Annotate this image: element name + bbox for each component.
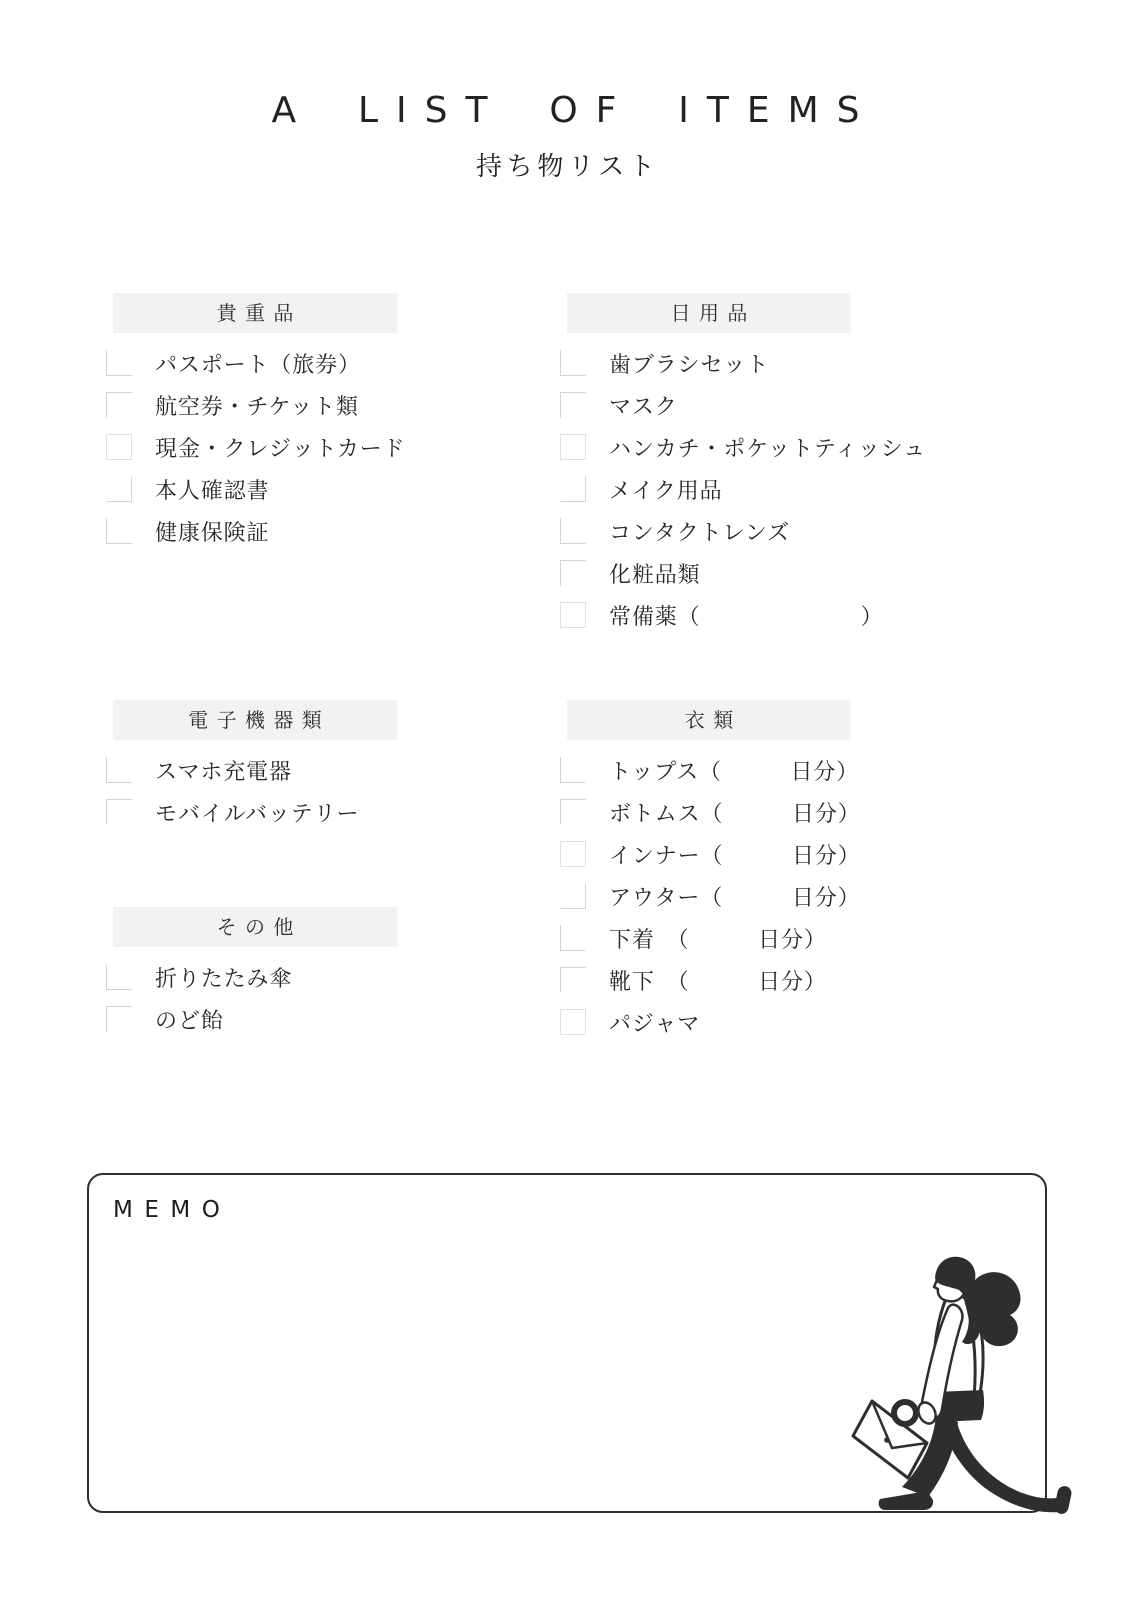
list-item: 本人確認書 xyxy=(106,468,397,510)
list-item: 歯ブラシセット xyxy=(560,342,851,384)
section-header-clothing: 衣類 xyxy=(567,700,851,740)
list-item: 下着 （ 日分） xyxy=(560,917,851,959)
checkbox[interactable] xyxy=(106,799,132,825)
checklist-valuables: パスポート（旅券） 航空券・チケット類 現金・クレジットカード 本人確認書 健康… xyxy=(106,342,397,552)
checkbox[interactable] xyxy=(106,434,132,460)
list-item: 航空券・チケット類 xyxy=(106,384,397,426)
item-label: インナー（ 日分） xyxy=(609,839,861,870)
checkbox[interactable] xyxy=(106,757,132,783)
item-label: スマホ充電器 xyxy=(155,755,292,786)
section-header-others: その他 xyxy=(113,907,397,947)
item-label: アウター（ 日分） xyxy=(609,881,860,912)
item-label: 折りたたみ傘 xyxy=(155,962,292,993)
item-label: モバイルバッテリー xyxy=(155,797,359,828)
section-header-daily-goods: 日用品 xyxy=(567,293,851,333)
list-item: パスポート（旅券） xyxy=(106,342,397,384)
envelope-button xyxy=(884,1437,890,1443)
section-daily-goods: 日用品 歯ブラシセット マスク ハンカチ・ポケットティッシュ メイク用品 コンタ… xyxy=(567,293,851,636)
page-subtitle: 持ち物リスト xyxy=(0,146,1131,183)
section-valuables: 貴重品 パスポート（旅券） 航空券・チケット類 現金・クレジットカード 本人確認… xyxy=(113,293,397,552)
list-item: インナー（ 日分） xyxy=(560,833,851,875)
list-item: トップス（ 日分） xyxy=(560,749,851,791)
list-item: モバイルバッテリー xyxy=(106,791,397,833)
checklist-clothing: トップス（ 日分） ボトムス（ 日分） インナー（ 日分） アウター（ 日分） … xyxy=(560,749,851,1043)
item-label: メイク用品 xyxy=(609,474,723,505)
checkbox[interactable] xyxy=(560,841,586,867)
checkbox[interactable] xyxy=(560,350,586,376)
back-leg xyxy=(941,1415,1059,1512)
item-label: ハンカチ・ポケットティッシュ xyxy=(609,432,926,463)
section-header-valuables: 貴重品 xyxy=(113,293,397,333)
checkbox[interactable] xyxy=(106,350,132,376)
walking-woman-illustration xyxy=(835,1250,1080,1518)
section-clothing: 衣類 トップス（ 日分） ボトムス（ 日分） インナー（ 日分） アウター（ 日… xyxy=(567,700,851,1043)
checkbox[interactable] xyxy=(560,757,586,783)
list-item: 化粧品類 xyxy=(560,552,851,594)
checkbox[interactable] xyxy=(106,392,132,418)
front-shoe xyxy=(879,1491,934,1510)
item-label: 下着 （ 日分） xyxy=(609,923,827,954)
checkbox[interactable] xyxy=(106,518,132,544)
list-item: コンタクトレンズ xyxy=(560,510,851,552)
section-electronics: 電子機器類 スマホ充電器 モバイルバッテリー xyxy=(113,700,397,833)
bag-handle xyxy=(894,1402,916,1424)
item-label: 健康保険証 xyxy=(155,516,269,547)
list-item: 現金・クレジットカード xyxy=(106,426,397,468)
list-item: メイク用品 xyxy=(560,468,851,510)
page-title: A LIST OF ITEMS xyxy=(0,90,1131,131)
checkbox[interactable] xyxy=(560,925,586,951)
section-header-electronics: 電子機器類 xyxy=(113,700,397,740)
item-label: 化粧品類 xyxy=(609,558,701,589)
list-item: アウター（ 日分） xyxy=(560,875,851,917)
item-label: パスポート（旅券） xyxy=(155,348,361,379)
item-label: パジャマ xyxy=(609,1007,700,1038)
list-item: ボトムス（ 日分） xyxy=(560,791,851,833)
checkbox[interactable] xyxy=(560,518,586,544)
checkbox[interactable] xyxy=(560,1009,586,1035)
item-label: のど飴 xyxy=(155,1004,224,1035)
list-item: 健康保険証 xyxy=(106,510,397,552)
list-item: スマホ充電器 xyxy=(106,749,397,791)
list-item: のど飴 xyxy=(106,998,397,1040)
checkbox[interactable] xyxy=(106,1006,132,1032)
checkbox[interactable] xyxy=(560,560,586,586)
checkbox[interactable] xyxy=(560,602,586,628)
item-label: 航空券・チケット類 xyxy=(155,390,359,421)
checkbox[interactable] xyxy=(560,434,586,460)
checkbox[interactable] xyxy=(560,392,586,418)
checkbox[interactable] xyxy=(560,476,586,502)
checklist-others: 折りたたみ傘 のど飴 xyxy=(106,956,397,1040)
checkbox[interactable] xyxy=(560,967,586,993)
list-item: ハンカチ・ポケットティッシュ xyxy=(560,426,851,468)
checkbox[interactable] xyxy=(560,883,586,909)
item-label: 現金・クレジットカード xyxy=(155,432,405,463)
memo-label: MEMO xyxy=(113,1197,231,1223)
checklist-electronics: スマホ充電器 モバイルバッテリー xyxy=(106,749,397,833)
list-item: マスク xyxy=(560,384,851,426)
checkbox[interactable] xyxy=(106,964,132,990)
item-label: コンタクトレンズ xyxy=(609,516,790,547)
checkbox[interactable] xyxy=(106,476,132,502)
list-item: パジャマ xyxy=(560,1001,851,1043)
list-item: 靴下 （ 日分） xyxy=(560,959,851,1001)
item-label: 靴下 （ 日分） xyxy=(609,965,827,996)
list-item: 常備薬（ ） xyxy=(560,594,851,636)
item-label: 本人確認書 xyxy=(155,474,269,505)
item-label: 歯ブラシセット xyxy=(609,348,769,379)
checklist-daily-goods: 歯ブラシセット マスク ハンカチ・ポケットティッシュ メイク用品 コンタクトレン… xyxy=(560,342,851,636)
item-label: マスク xyxy=(609,390,678,421)
item-label: 常備薬（ ） xyxy=(609,600,884,631)
item-label: ボトムス（ 日分） xyxy=(609,797,861,828)
checkbox[interactable] xyxy=(560,799,586,825)
item-label: トップス（ 日分） xyxy=(609,755,859,786)
list-item: 折りたたみ傘 xyxy=(106,956,397,998)
back-shoe xyxy=(1053,1485,1073,1515)
section-others: その他 折りたたみ傘 のど飴 xyxy=(113,907,397,1040)
